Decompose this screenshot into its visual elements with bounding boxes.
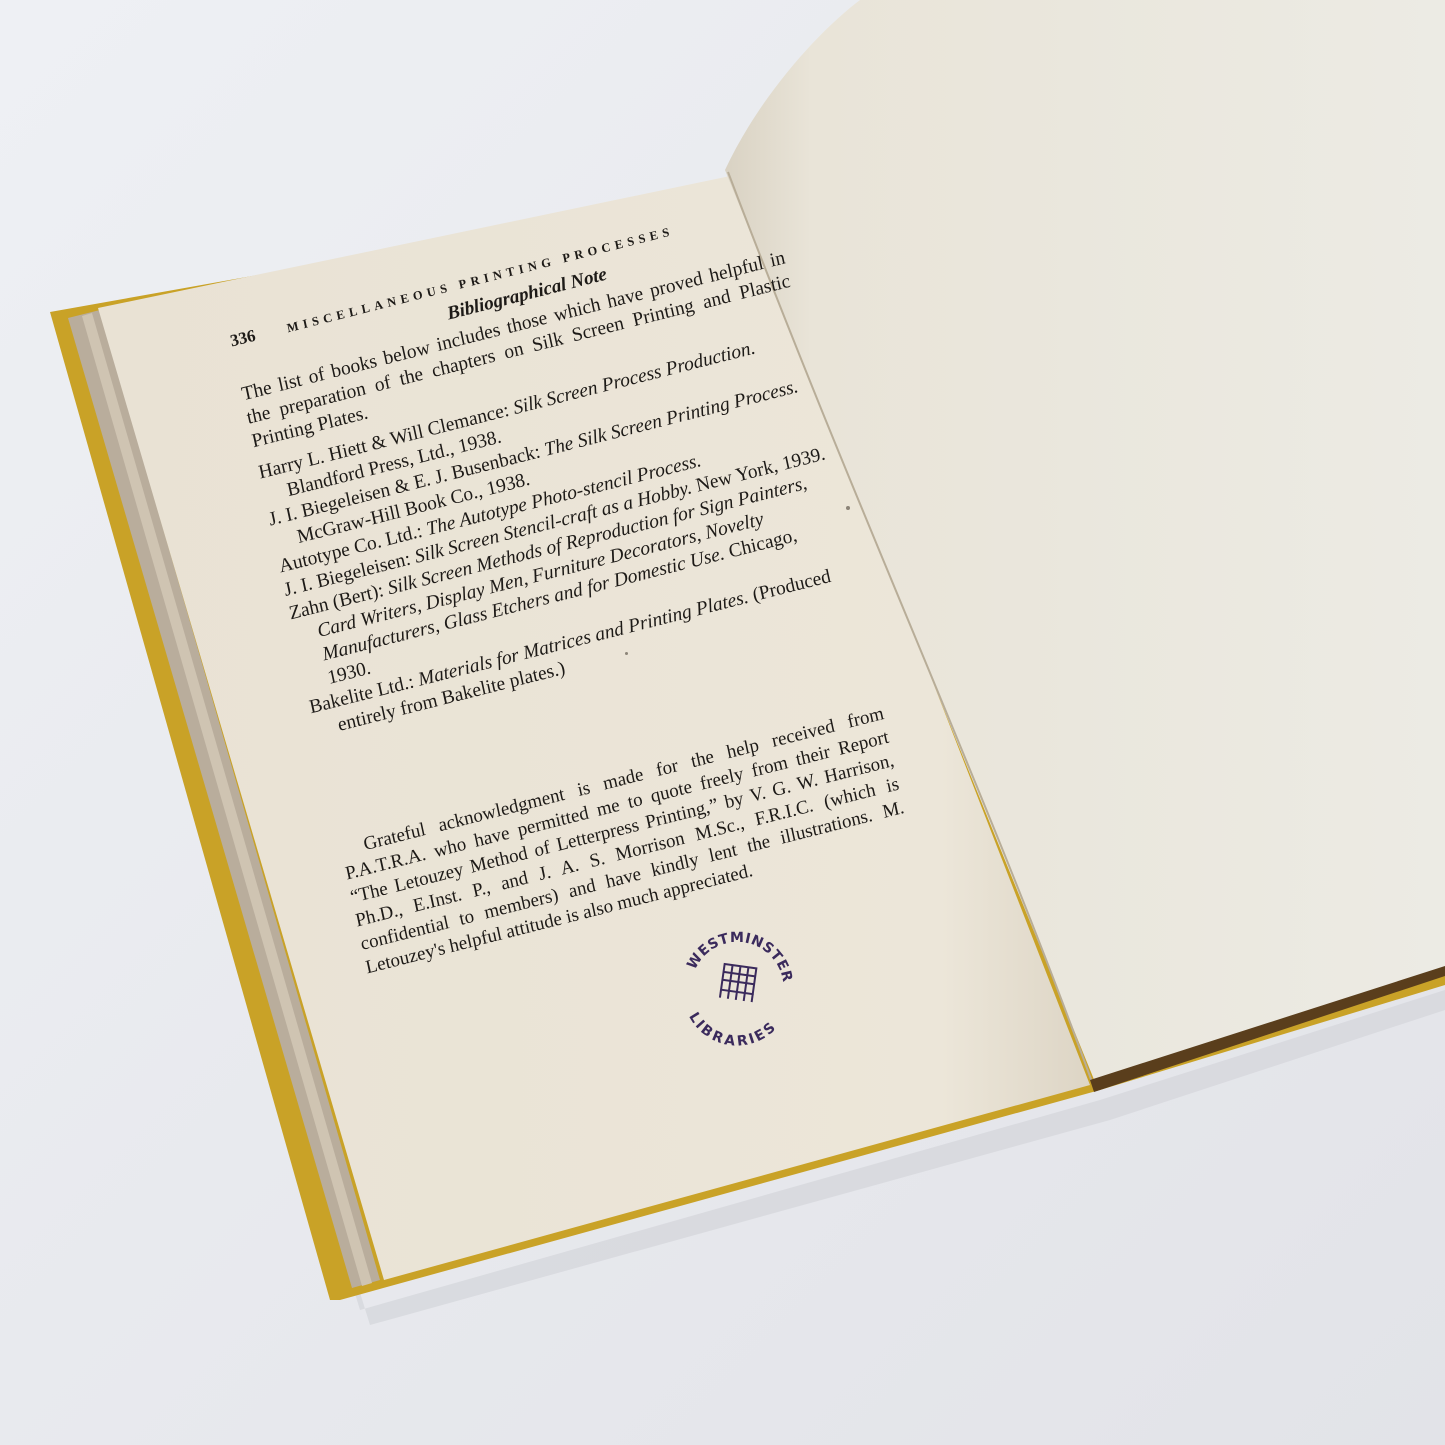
stamp-top-text: WESTMINSTER xyxy=(683,922,801,985)
svg-text:WESTMINSTER: WESTMINSTER xyxy=(683,922,801,985)
portcullis-icon xyxy=(720,964,756,1002)
library-stamp: WESTMINSTER LIBRARIES xyxy=(668,914,808,1054)
paper-speck xyxy=(846,506,850,510)
